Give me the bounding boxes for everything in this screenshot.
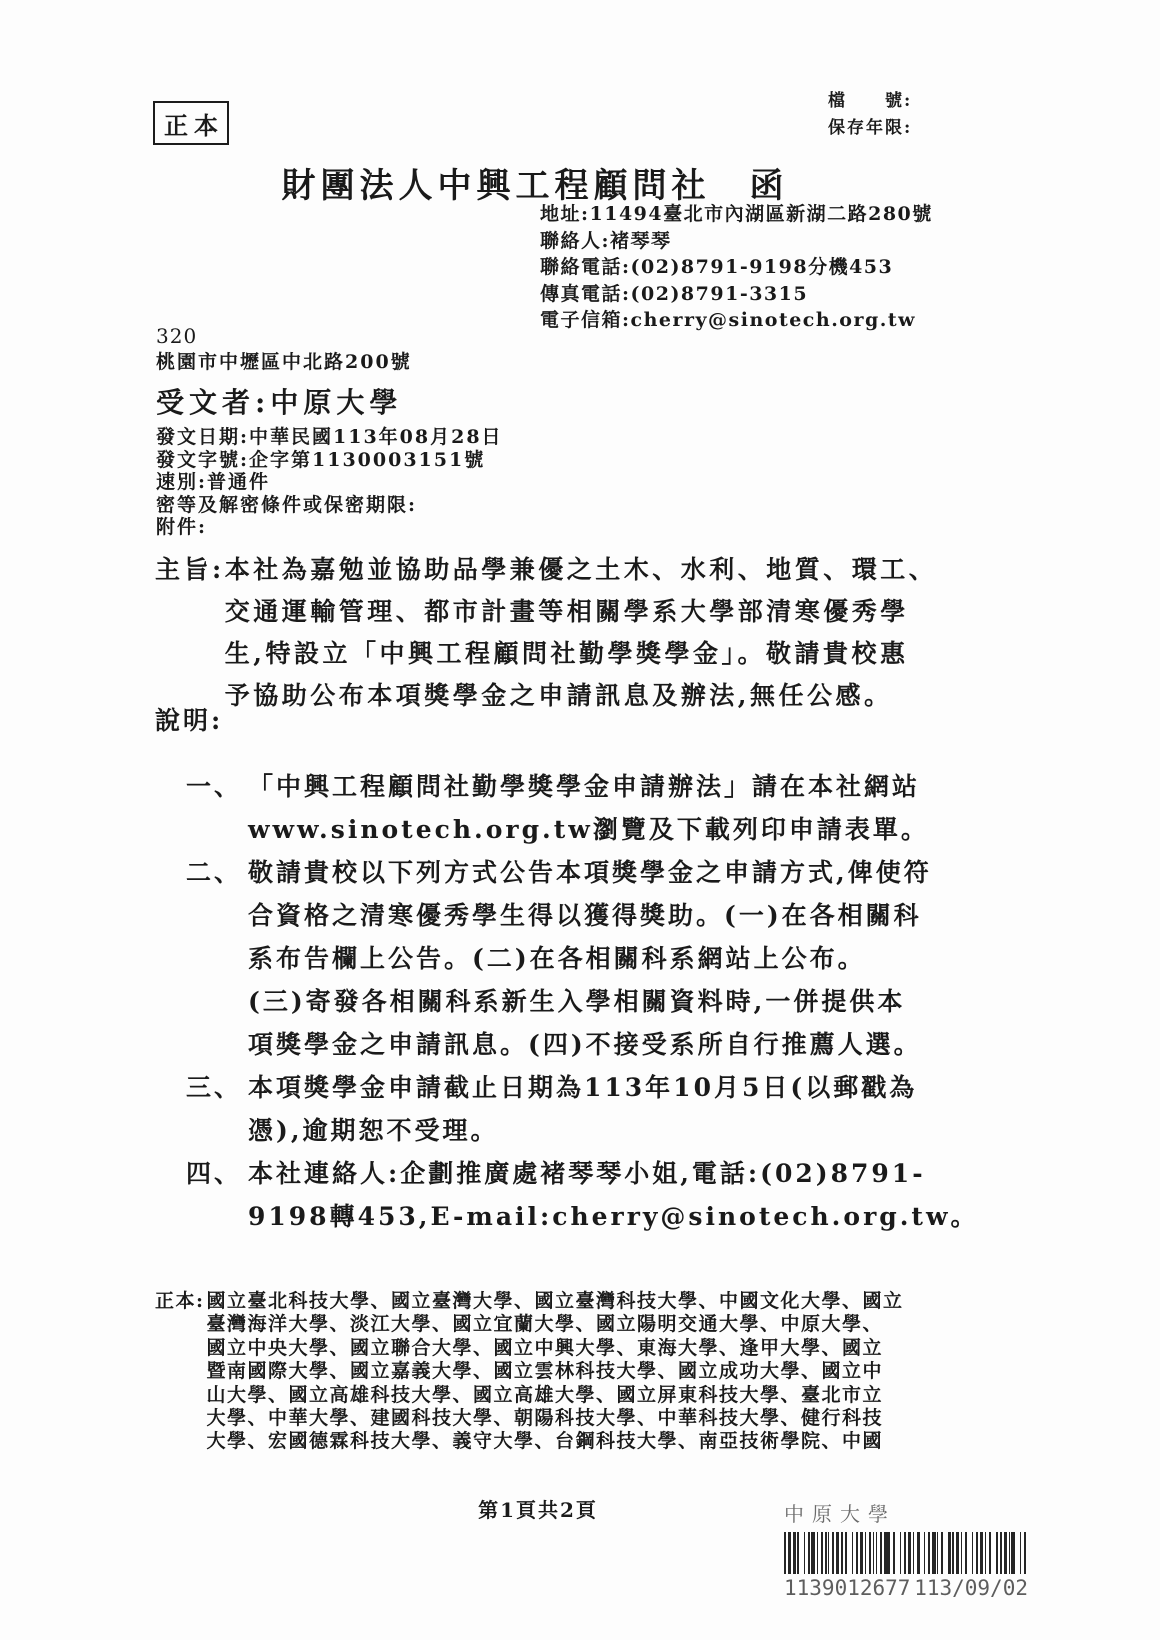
sender-email: 電子信箱:cherry@sinotech.org.tw	[540, 307, 933, 334]
subject-line: 予協助公布本項獎學金之申請訊息及辦法,無任公感。	[225, 675, 938, 717]
recipient-line: 受文者:中原大學	[156, 381, 402, 421]
subject-block: 主旨: 本社為嘉勉並協助品學兼優之土木、水利、地質、環工、 交通運輸管理、都市計…	[155, 549, 937, 717]
item-line: 9198轉453,E-mail:cherry@sinotech.org.tw。	[248, 1195, 979, 1238]
meta-issue-date: 發文日期:中華民國113年08月28日	[156, 426, 503, 449]
recipient-zip-code: 320	[156, 324, 197, 348]
document-title: 財團法人中興工程顧問社 函	[0, 158, 1115, 207]
item-number: 四、	[186, 1152, 248, 1195]
item-line: 憑),逾期恕不受理。	[248, 1109, 917, 1152]
item-body: 敬請貴校以下列方式公告本項獎學金之申請方式,俾使符 合資格之清寒優秀學生得以獲得…	[248, 851, 932, 1066]
file-number-label: 檔 號:	[828, 88, 912, 115]
item-line: 敬請貴校以下列方式公告本項獎學金之申請方式,俾使符	[248, 851, 932, 894]
item-line: 系布告欄上公告。(二)在各相關科系網站上公布。	[248, 937, 932, 980]
original-copy-stamp: 正本	[153, 101, 229, 145]
item-body: 「中興工程顧問社勤學獎學金申請辦法」請在本社網站 www.sinotech.or…	[248, 765, 929, 851]
sender-fax: 傳真電話:(02)8791-3315	[540, 281, 933, 308]
file-info-block: 檔 號: 保存年限:	[828, 88, 912, 142]
cc-line: 大學、中華大學、建國科技大學、朝陽科技大學、中華科技大學、健行科技	[207, 1407, 904, 1430]
meta-doc-number: 發文字號:企字第1130003151號	[156, 449, 503, 472]
explanation-label: 說明:	[155, 701, 223, 737]
issuance-meta-block: 發文日期:中華民國113年08月28日 發文字號:企字第1130003151號 …	[156, 426, 503, 539]
original-copy-stamp-label: 正本	[164, 106, 224, 141]
item-body: 本項獎學金申請截止日期為113年10月5日(以郵戳為 憑),逾期恕不受理。	[248, 1066, 917, 1152]
item-body: 本社連絡人:企劃推廣處褚琴琴小姐,電話:(02)8791- 9198轉453,E…	[248, 1152, 979, 1238]
sender-address: 地址:11494臺北市內湖區新湖二路280號	[540, 201, 933, 228]
item-line: 合資格之清寒優秀學生得以獲得獎助。(一)在各相關科	[248, 894, 932, 937]
cc-line: 山大學、國立高雄科技大學、國立高雄大學、國立屏東科技大學、臺北市立	[207, 1384, 904, 1407]
item-number: 一、	[186, 765, 248, 808]
explanation-item-4: 四、 本社連絡人:企劃推廣處褚琴琴小姐,電話:(02)8791- 9198轉45…	[186, 1152, 979, 1238]
subject-line: 生,特設立「中興工程顧問社勤學獎學金」。敬請貴校惠	[225, 633, 938, 675]
item-line: (三)寄發各相關科系新生入學相關資料時,一併提供本	[248, 980, 932, 1023]
cc-list: 國立臺北科技大學、國立臺灣大學、國立臺灣科技大學、中國文化大學、國立 臺灣海洋大…	[207, 1290, 904, 1454]
explanation-item-1: 一、 「中興工程顧問社勤學獎學金申請辦法」請在本社網站 www.sinotech…	[186, 765, 979, 851]
registry-date: 113/09/02	[914, 1576, 1028, 1600]
explanation-items: 一、 「中興工程顧問社勤學獎學金申請辦法」請在本社網站 www.sinotech…	[186, 765, 979, 1238]
cc-line: 國立臺北科技大學、國立臺灣大學、國立臺灣科技大學、中國文化大學、國立	[207, 1290, 904, 1313]
document-page: 正本 檔 號: 保存年限: 財團法人中興工程顧問社 函 地址:11494臺北市內…	[0, 0, 1160, 1640]
sender-contact-person: 聯絡人:褚琴琴	[540, 228, 933, 255]
cc-line: 國立中央大學、國立聯合大學、國立中興大學、東海大學、逢甲大學、國立	[207, 1337, 904, 1360]
sender-phone: 聯絡電話:(02)8791-9198分機453	[540, 254, 933, 281]
item-line: 「中興工程顧問社勤學獎學金申請辦法」請在本社網站	[248, 765, 929, 808]
meta-security-class: 密等及解密條件或保密期限:	[156, 494, 503, 517]
item-number: 三、	[186, 1066, 248, 1109]
meta-speed-class: 速別:普通件	[156, 471, 503, 494]
retention-period-label: 保存年限:	[828, 115, 912, 142]
cc-line: 臺灣海洋大學、淡江大學、國立宜蘭大學、國立陽明交通大學、中原大學、	[207, 1313, 904, 1336]
cc-line: 暨南國際大學、國立嘉義大學、國立雲林科技大學、國立成功大學、國立中	[207, 1360, 904, 1383]
item-line: 項獎學金之申請訊息。(四)不接受系所自行推薦人選。	[248, 1023, 932, 1066]
item-number: 二、	[186, 851, 248, 894]
registry-university-label: 中原大學	[784, 1498, 1030, 1527]
subject-body: 本社為嘉勉並協助品學兼優之土木、水利、地質、環工、 交通運輸管理、都市計畫等相關…	[225, 549, 938, 717]
registry-stamp-block: 中原大學 1139012677 113/09/02	[784, 1498, 1030, 1600]
sender-info-block: 地址:11494臺北市內湖區新湖二路280號 聯絡人:褚琴琴 聯絡電話:(02)…	[540, 201, 933, 334]
explanation-item-3: 三、 本項獎學金申請截止日期為113年10月5日(以郵戳為 憑),逾期恕不受理。	[186, 1066, 979, 1152]
item-line: 本社連絡人:企劃推廣處褚琴琴小姐,電話:(02)8791-	[248, 1152, 979, 1195]
meta-attachment: 附件:	[156, 516, 503, 539]
subject-label: 主旨:	[155, 549, 225, 591]
subject-line: 交通運輸管理、都市計畫等相關學系大學部清寒優秀學	[225, 591, 938, 633]
registry-number: 1139012677	[784, 1576, 910, 1600]
subject-line: 本社為嘉勉並協助品學兼優之土木、水利、地質、環工、	[225, 549, 938, 591]
item-line: www.sinotech.org.tw瀏覽及下載列印申請表單。	[248, 808, 929, 851]
cc-recipients-block: 正本: 國立臺北科技大學、國立臺灣大學、國立臺灣科技大學、中國文化大學、國立 臺…	[155, 1290, 904, 1454]
barcode-caption: 1139012677 113/09/02	[784, 1576, 1028, 1600]
recipient-address: 桃園市中壢區中北路200號	[156, 347, 412, 374]
item-line: 本項獎學金申請截止日期為113年10月5日(以郵戳為	[248, 1066, 917, 1109]
cc-line: 大學、宏國德霖科技大學、義守大學、台鋼科技大學、南亞技術學院、中國	[207, 1430, 904, 1453]
barcode	[784, 1532, 1028, 1574]
explanation-item-2: 二、 敬請貴校以下列方式公告本項獎學金之申請方式,俾使符 合資格之清寒優秀學生得…	[186, 851, 979, 1066]
cc-label: 正本:	[155, 1290, 205, 1313]
